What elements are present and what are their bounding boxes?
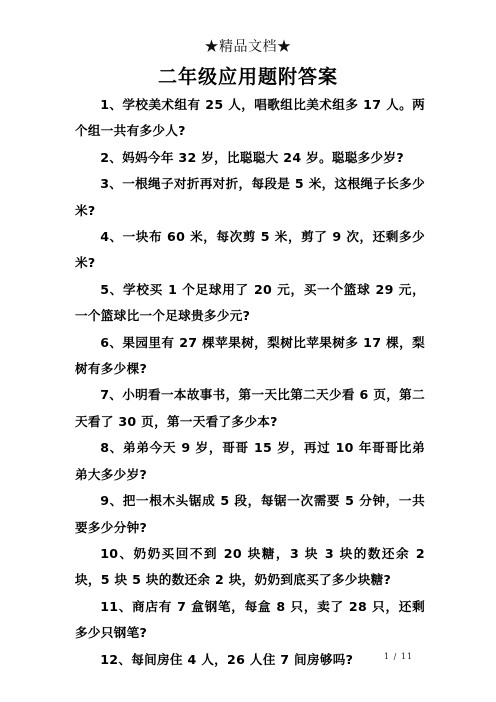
question-6: 6、果园里有 27 棵苹果树，梨树比苹果树多 17 棵，梨树有多少棵? xyxy=(75,330,425,383)
question-5: 5、学校买 1 个足球用了 20 元，买一个篮球 29 元，一个篮球比一个足球贵… xyxy=(75,277,425,330)
question-7: 7、小明看一本故事书，第一天比第二天少看 6 页，第二天看了 30 页，第一天看… xyxy=(75,382,425,435)
page-header: ★精品文档★ xyxy=(0,36,496,56)
document-page: ★精品文档★ 二年级应用题附答案 1、学校美术组有 25 人，唱歌组比美术组多 … xyxy=(0,0,496,702)
question-10: 10、奶奶买回不到 20 块糖，3 块 3 块的数还余 2 块，5 块 5 块的… xyxy=(75,541,425,594)
question-12: 12、每间房住 4 人，26 人住 7 间房够吗? xyxy=(75,647,425,673)
question-list: 1、学校美术组有 25 人，唱歌组比美术组多 17 人。两个组一共有多少人? 2… xyxy=(75,92,425,673)
page-number: 1 / 11 xyxy=(384,652,413,661)
document-title: 二年级应用题附答案 xyxy=(0,62,496,89)
question-9: 9、把一根木头锯成 5 段，每锯一次需要 5 分钟，一共要多少分钟? xyxy=(75,488,425,541)
question-11: 11、商店有 7 盒钢笔，每盒 8 只，卖了 28 只，还剩多少只钢笔? xyxy=(75,594,425,647)
question-8: 8、弟弟今天 9 岁，哥哥 15 岁，再过 10 年哥哥比弟弟大多少岁? xyxy=(75,435,425,488)
question-1: 1、学校美术组有 25 人，唱歌组比美术组多 17 人。两个组一共有多少人? xyxy=(75,92,425,145)
question-4: 4、一块布 60 米，每次剪 5 米，剪了 9 次，还剩多少米? xyxy=(75,224,425,277)
question-3: 3、一根绳子对折再对折，每段是 5 米，这根绳子长多少米? xyxy=(75,171,425,224)
question-2: 2、妈妈今年 32 岁，比聪聪大 24 岁。聪聪多少岁? xyxy=(75,145,425,171)
